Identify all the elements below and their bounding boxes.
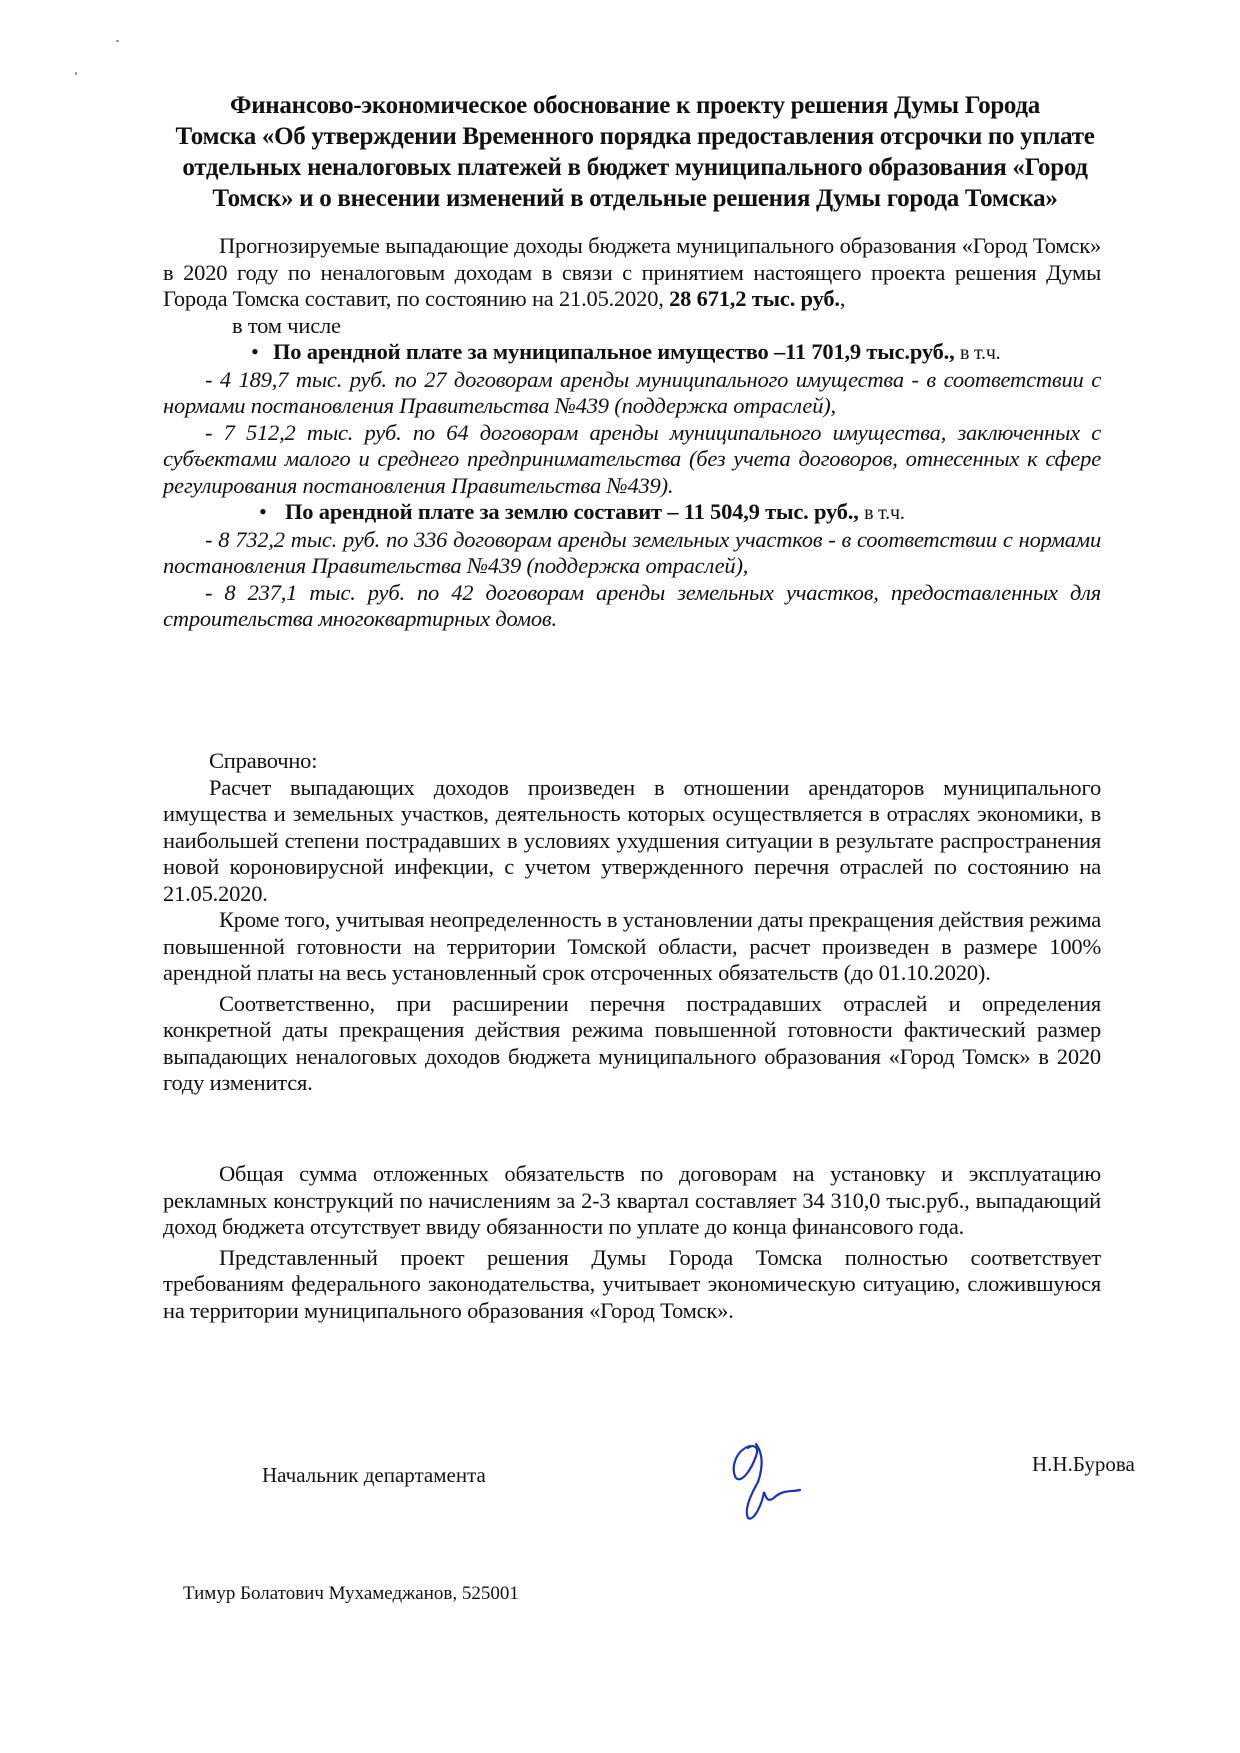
section-item: - 8 237,1 тыс. руб. по 42 договорам арен… xyxy=(163,580,1101,633)
including-label: в том числе xyxy=(163,313,1101,340)
signatory-position: Начальник департамента xyxy=(262,1463,486,1488)
title-line: отдельных неналоговых платежей в бюджет … xyxy=(170,152,1100,183)
section-heading-suffix: в т.ч. xyxy=(864,502,905,524)
title-line: Томск» и о внесении изменений в отдельны… xyxy=(170,183,1100,214)
section-heading-text: По арендной плате за муниципальное имуще… xyxy=(273,339,955,364)
closing-paragraph: Общая сумма отложенных обязательств по д… xyxy=(163,1161,1101,1241)
intro-total-suffix: , xyxy=(840,286,845,311)
intro-block: Прогнозируемые выпадающие доходы бюджета… xyxy=(163,233,1101,633)
intro-paragraph: Прогнозируемые выпадающие доходы бюджета… xyxy=(163,233,1101,313)
handwritten-signature-icon xyxy=(722,1438,822,1528)
bullet-icon: • xyxy=(251,339,259,366)
section-item: - 7 512,2 тыс. руб. по 64 договорам арен… xyxy=(163,420,1101,500)
reference-label: Справочно: xyxy=(163,748,1101,775)
section-heading: • По арендной плате за землю составит – … xyxy=(163,499,1101,527)
scan-speck xyxy=(75,72,77,75)
bullet-icon: • xyxy=(259,499,267,526)
reference-paragraph: Расчет выпадающих доходов произведен в о… xyxy=(163,775,1101,908)
signature-row: Начальник департамента Н.Н.Бурова xyxy=(0,1463,1240,1563)
document-page: Финансово-экономическое обоснование к пр… xyxy=(0,0,1240,1753)
reference-paragraph: Кроме того, учитывая неопределенность в … xyxy=(163,907,1101,987)
title-line: Финансово-экономическое обоснование к пр… xyxy=(170,90,1100,121)
reference-paragraph: Соответственно, при расширении перечня п… xyxy=(163,991,1101,1097)
signatory-name: Н.Н.Бурова xyxy=(1032,1452,1135,1477)
document-title: Финансово-экономическое обоснование к пр… xyxy=(170,90,1100,214)
section-heading-text: По арендной плате за землю составит – 11… xyxy=(285,499,859,524)
reference-block: Справочно: Расчет выпадающих доходов про… xyxy=(163,748,1101,1097)
intro-text: Прогнозируемые выпадающие доходы бюджета… xyxy=(163,233,1101,311)
closing-paragraph: Представленный проект решения Думы Город… xyxy=(163,1245,1101,1325)
executor-info: Тимур Болатович Мухамеджанов, 525001 xyxy=(183,1583,519,1605)
intro-total: 28 671,2 тыс. руб. xyxy=(669,286,840,311)
scan-speck xyxy=(116,40,119,42)
title-line: Томска «Об утверждении Временного порядк… xyxy=(170,121,1100,152)
section-heading-suffix: в т.ч. xyxy=(960,342,1001,364)
section-item: - 8 732,2 тыс. руб. по 336 договорам аре… xyxy=(163,527,1101,580)
closing-block: Общая сумма отложенных обязательств по д… xyxy=(163,1161,1101,1324)
section-heading: • По арендной плате за муниципальное иму… xyxy=(163,339,1101,367)
section-item: - 4 189,7 тыс. руб. по 27 договорам арен… xyxy=(163,367,1101,420)
